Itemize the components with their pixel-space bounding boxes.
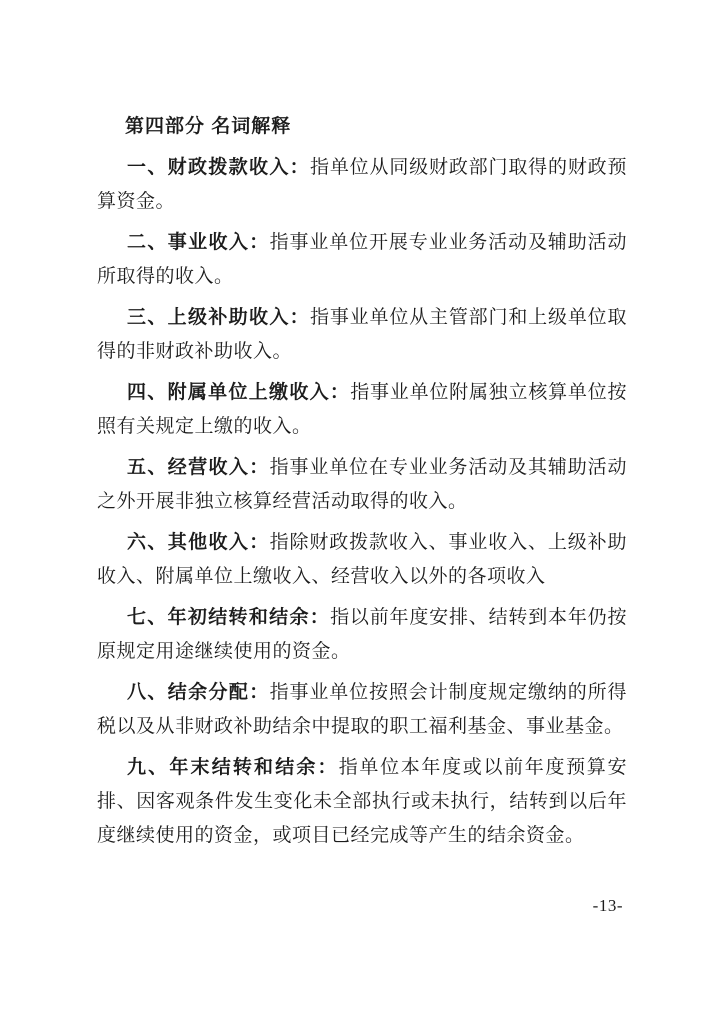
term-label: 七、年初结转和结余：: [127, 607, 330, 628]
definition-paragraph: 二、事业收入：指事业单位开展专业业务活动及辅助活动所取得的收入。: [97, 226, 627, 294]
document-content: 第四部分 名词解释 一、财政拨款收入：指单位从同级财政部门取得的财政预算资金。二…: [97, 110, 627, 853]
term-label: 五、经营收入：: [127, 457, 270, 478]
definition-paragraph: 八、结余分配：指事业单位按照会计制度规定缴纳的所得税以及从非财政补助结余中提取的…: [97, 676, 627, 744]
definitions-list: 一、财政拨款收入：指单位从同级财政部门取得的财政预算资金。二、事业收入：指事业单…: [97, 151, 627, 853]
definition-paragraph: 五、经营收入：指事业单位在专业业务活动及其辅助活动之外开展非独立核算经营活动取得…: [97, 451, 627, 519]
term-label: 六、其他收入：: [127, 532, 270, 553]
definition-paragraph: 四、附属单位上缴收入：指事业单位附属独立核算单位按照有关规定上缴的收入。: [97, 376, 627, 444]
term-label: 四、附属单位上缴收入：: [127, 382, 350, 403]
definition-paragraph: 六、其他收入：指除财政拨款收入、事业收入、上级补助收入、附属单位上缴收入、经营收…: [97, 526, 627, 594]
term-label: 二、事业收入：: [127, 232, 270, 253]
term-label: 八、结余分配：: [127, 682, 270, 703]
definition-paragraph: 九、年末结转和结余：指单位本年度或以前年度预算安排、因客观条件发生变化未全部执行…: [97, 751, 627, 853]
section-title: 第四部分 名词解释: [97, 110, 627, 144]
term-label: 一、财政拨款收入：: [127, 157, 310, 178]
term-label: 九、年末结转和结余：: [127, 757, 339, 778]
page-number: -13-: [0, 896, 623, 916]
definition-paragraph: 一、财政拨款收入：指单位从同级财政部门取得的财政预算资金。: [97, 151, 627, 219]
term-label: 三、上级补助收入：: [127, 307, 310, 328]
definition-paragraph: 七、年初结转和结余：指以前年度安排、结转到本年仍按原规定用途继续使用的资金。: [97, 601, 627, 669]
document-page: 第四部分 名词解释 一、财政拨款收入：指单位从同级财政部门取得的财政预算资金。二…: [0, 0, 714, 1010]
definition-paragraph: 三、上级补助收入：指事业单位从主管部门和上级单位取得的非财政补助收入。: [97, 301, 627, 369]
